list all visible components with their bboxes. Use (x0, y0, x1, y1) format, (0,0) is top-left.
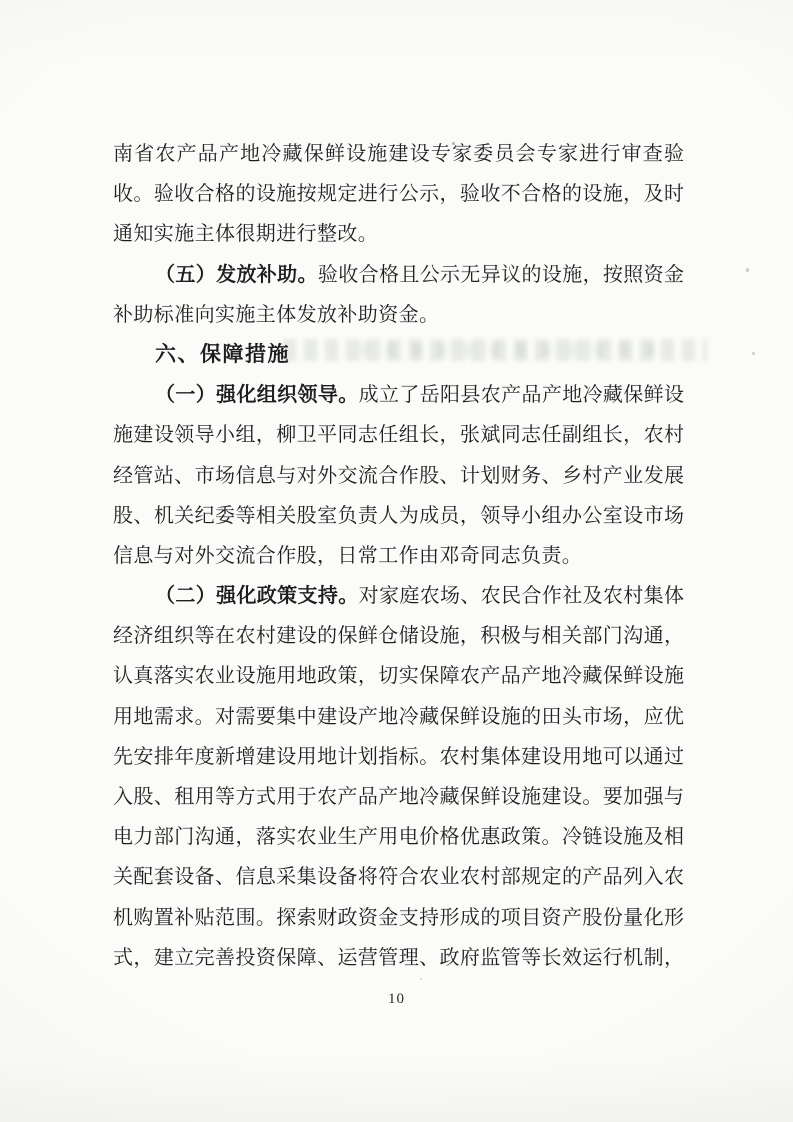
text-line: （一）强化组织领导。成立了岳阳县农产品产地冷藏保鲜设 (113, 375, 684, 415)
text-line: 收。验收合格的设施按规定进行公示，验收不合格的设施，及时 (113, 174, 684, 214)
line-text: 关配套设备、信息采集设备将符合农业农村部规定的产品列入农 (113, 866, 684, 888)
text-line: 关配套设备、信息采集设备将符合农业农村部规定的产品列入农 (113, 857, 684, 897)
line-text: 施建设领导小组，柳卫平同志任组长，张斌同志任副组长，农村 (113, 424, 684, 446)
line-text: 认真落实农业设施用地政策，切实保障农产品产地冷藏保鲜设施 (113, 665, 684, 687)
line-text: 南省农产品产地冷藏保鲜设施建设专家委员会专家进行审查验 (113, 143, 684, 165)
scan-speck (420, 978, 422, 980)
line-text: 信息与对外交流合作股，日常工作由邓奇同志负责。 (113, 545, 582, 567)
text-line: 南省农产品产地冷藏保鲜设施建设专家委员会专家进行审查验 (113, 134, 684, 174)
line-text: 经管站、市场信息与对外交流合作股、计划财务、乡村产业发展 (113, 465, 684, 487)
page-number: 10 (0, 991, 793, 1008)
document-body: 南省农产品产地冷藏保鲜设施建设专家委员会专家进行审查验收。验收合格的设施按规定进… (113, 134, 684, 978)
line-text: 通知实施主体很期进行整改。 (113, 223, 378, 245)
line-text: 收。验收合格的设施按规定进行公示，验收不合格的设施，及时 (113, 183, 684, 205)
run-in-heading: （一）强化组织领导。 (155, 384, 359, 406)
text-line: 通知实施主体很期进行整改。 (113, 214, 684, 254)
text-line: 股、机关纪委等相关股室负责人为成员，领导小组办公室设市场 (113, 496, 684, 536)
run-in-heading: （五）发放补助。 (155, 264, 318, 286)
line-text: 机购置补贴范围。探索财政资金支持形成的项目资产股份量化形 (113, 907, 684, 929)
line-text: 成立了岳阳县农产品产地冷藏保鲜设 (359, 384, 684, 406)
line-text: 电力部门沟通，落实农业生产用电价格优惠政策。冷链设施及相 (113, 826, 684, 848)
text-line: 入股、租用等方式用于农产品产地冷藏保鲜设施建设。要加强与 (113, 777, 684, 817)
text-line: （五）发放补助。验收合格且公示无异议的设施，按照资金 (113, 255, 684, 295)
text-line: 认真落实农业设施用地政策，切实保障农产品产地冷藏保鲜设施 (113, 656, 684, 696)
text-line: 经管站、市场信息与对外交流合作股、计划财务、乡村产业发展 (113, 456, 684, 496)
text-line: 机购置补贴范围。探索财政资金支持形成的项目资产股份量化形 (113, 898, 684, 938)
line-text: 式，建立完善投资保障、运营管理、政府监管等长效运行机制， (113, 947, 684, 969)
text-line: 补助标准向实施主体发放补助资金。 (113, 295, 684, 335)
scan-speck (752, 352, 755, 355)
text-line: 信息与对外交流合作股，日常工作由邓奇同志负责。 (113, 536, 684, 576)
text-line: 先安排年度新增建设用地计划指标。农村集体建设用地可以通过 (113, 737, 684, 777)
text-line: （二）强化政策支持。对家庭农场、农民合作社及农村集体 (113, 576, 684, 616)
text-line: 式，建立完善投资保障、运营管理、政府监管等长效运行机制， (113, 938, 684, 978)
line-text: 入股、租用等方式用于农产品产地冷藏保鲜设施建设。要加强与 (113, 786, 684, 808)
line-text: 验收合格且公示无异议的设施，按照资金 (318, 264, 684, 286)
text-line: 经济组织等在农村建设的保鲜仓储设施，积极与相关部门沟通， (113, 616, 684, 656)
text-line: 用地需求。对需要集中建设产地冷藏保鲜设施的田头市场，应优 (113, 697, 684, 737)
section-heading: 六、保障措施 (113, 335, 684, 375)
scanned-document-page: { "page": { "number": "10" }, "colors": … (0, 0, 793, 1122)
line-text: 股、机关纪委等相关股室负责人为成员，领导小组办公室设市场 (113, 505, 684, 527)
section-heading-label: 六、保障措施 (155, 343, 290, 366)
text-line: 施建设领导小组，柳卫平同志任组长，张斌同志任副组长，农村 (113, 415, 684, 455)
line-text: 经济组织等在农村建设的保鲜仓储设施，积极与相关部门沟通， (113, 625, 684, 647)
line-text: 对家庭农场、农民合作社及农村集体 (359, 585, 684, 607)
run-in-heading: （二）强化政策支持。 (155, 585, 359, 607)
scan-speck (746, 268, 749, 272)
line-text: 补助标准向实施主体发放补助资金。 (113, 304, 439, 326)
line-text: 用地需求。对需要集中建设产地冷藏保鲜设施的田头市场，应优 (113, 706, 684, 728)
line-text: 先安排年度新增建设用地计划指标。农村集体建设用地可以通过 (113, 746, 684, 768)
text-line: 电力部门沟通，落实农业生产用电价格优惠政策。冷链设施及相 (113, 817, 684, 857)
